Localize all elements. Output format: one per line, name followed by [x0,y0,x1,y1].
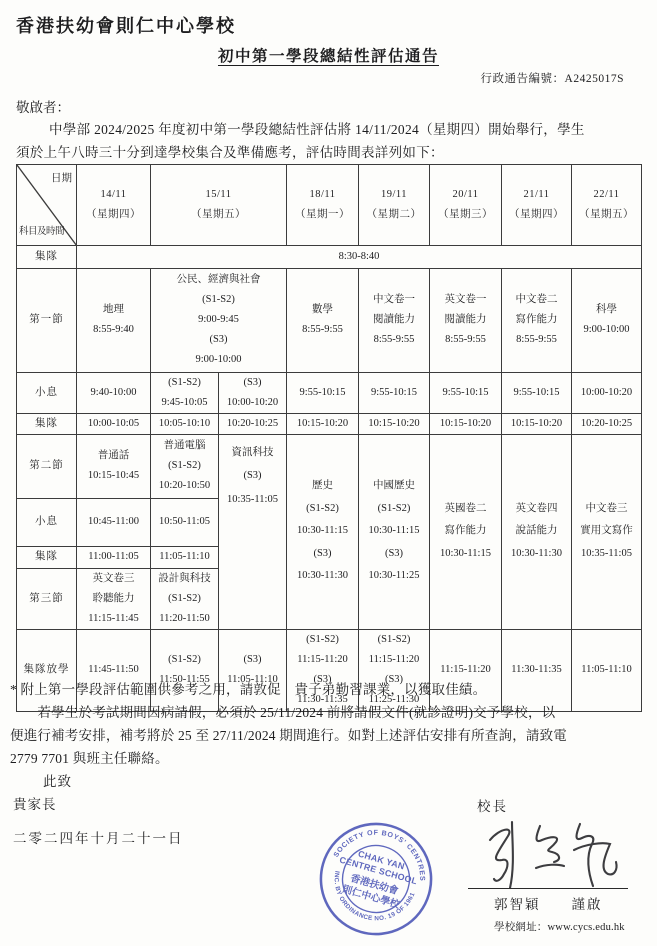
schedule-cell: 10:20-10:25 [572,413,642,434]
schedule-cell: 11:00-11:05 [77,546,151,568]
exam-schedule-table: 日期 科目及時間 14/11 （星期四） 15/11 （星期五） 18/11 （… [16,164,642,712]
schedule-cell: 英文卷四 說話能力 10:30-11:30 [502,434,572,629]
schedule-cell: 歷史 (S1-S2) 10:30-11:15 (S3) 10:30-11:30 [287,434,359,629]
corner-cell: 日期 科目及時間 [17,165,77,246]
schedule-cell: 英文卷一 閱讀能力 8:55-9:55 [430,268,502,372]
notice-document: 香港扶幼會則仁中心學校 初中第一學段總結性評估通告 行政通告編號：A242501… [0,0,657,946]
recipient: 貴家長 [13,793,57,813]
schedule-cell: 10:15-10:20 [359,413,430,434]
row-label: 集隊 [17,413,77,434]
note-line-3: 便進行補考安排，補考將於 25 至 27/11/2024 期間進行。如對上述評估… [10,724,650,747]
schedule-cell: 中文卷一 閱讀能力 8:55-9:55 [359,268,430,372]
schedule-cell: (S3) 10:00-10:20 [219,372,287,413]
notice-title: 初中第一學段總結性評估通告 [218,48,439,65]
body-line-2: 須於上午八時三十分到達學校集合及準備應考，評估時間表詳列如下： [16,141,444,161]
assembly-row-2: 集隊 10:00-10:05 10:05-10:10 10:20-10:25 1… [17,413,642,434]
school-stamp-icon: SOCIETY OF BOYS' CENTRES INC. BY ORDINAN… [317,820,435,938]
valediction: 此致 [43,770,72,790]
issue-date: 二零二四年十月二十一日 [13,827,184,847]
period-2-row: 第二節 普通話 10:15-10:45 普通電腦 (S1-S2) 10:20-1… [17,434,642,498]
date-header-19-11: 19/11 （星期二） [359,165,430,246]
row-label: 集隊 [17,546,77,568]
date-header-20-11: 20/11 （星期三） [430,165,502,246]
schedule-cell: 中文卷二 寫作能力 8:55-9:55 [502,268,572,372]
signature-line [468,888,628,889]
period-1-row: 第一節 地理 8:55-9:40 公民、經濟與社會 (S1-S2) 9:00-9… [17,268,642,372]
principal-signature-icon [462,810,637,890]
note-line-1: * 附上第一學段評估範圍供參考之用，請敦促 貴子弟勤習課業，以獲取佳績。 [10,678,650,701]
schedule-cell: 普通話 10:15-10:45 [77,434,151,498]
date-header-21-11: 21/11 （星期四） [502,165,572,246]
date-header-15-11: 15/11 （星期五） [151,165,287,246]
schedule-cell: 中文卷三 實用文寫作 10:35-11:05 [572,434,642,629]
note-line-4: 2779 7701 與班主任聯絡。 [10,747,650,770]
row-label: 小息 [17,372,77,413]
schedule-cell: 普通電腦 (S1-S2) 10:20-10:50 [151,434,219,498]
corner-label-date: 日期 [51,169,72,189]
date-header-14-11: 14/11 （星期四） [77,165,151,246]
schedule-cell: 中國歷史 (S1-S2) 10:30-11:15 (S3) 10:30-11:2… [359,434,430,629]
schedule-cell: 9:40-10:00 [77,372,151,413]
schedule-cell: 10:50-11:05 [151,498,219,546]
corner-label-subject: 科目及時間 [19,223,64,241]
table-header-row: 日期 科目及時間 14/11 （星期四） 15/11 （星期五） 18/11 （… [17,165,642,246]
schedule-cell: 8:30-8:40 [77,245,642,268]
schedule-cell: 10:20-10:25 [219,413,287,434]
date-header-22-11: 22/11 （星期五） [572,165,642,246]
schedule-cell: 科學 9:00-10:00 [572,268,642,372]
schedule-cell: 9:55-10:15 [502,372,572,413]
school-website: 學校網址：www.cycs.edu.hk [494,919,625,934]
notes: * 附上第一學段評估範圍供參考之用，請敦促 貴子弟勤習課業，以獲取佳績。 若學生… [10,678,650,770]
schedule-cell: 9:55-10:15 [287,372,359,413]
admin-notice-number: 行政通告編號：A2425017S [481,70,624,86]
principal-name: 郭智穎 謹啟 [494,893,603,913]
schedule-cell: 10:05-10:10 [151,413,219,434]
row-label: 小息 [17,498,77,546]
schedule-cell: 9:55-10:15 [359,372,430,413]
row-label: 第三節 [17,568,77,629]
date-header-18-11: 18/11 （星期一） [287,165,359,246]
body-line-1: 中學部 2024/2025 年度初中第一學段總結性評估將 14/11/2024（… [16,118,585,138]
schedule-cell: 地理 8:55-9:40 [77,268,151,372]
schedule-cell: 10:45-11:00 [77,498,151,546]
schedule-cell: 10:15-10:20 [502,413,572,434]
schedule-cell: 英國卷二 寫作能力 10:30-11:15 [430,434,502,629]
note-line-2: 若學生於考試期間因病請假，必須於 25/11/2024 前將請假文件(就診證明)… [10,701,650,724]
notice-title-wrap: 初中第一學段總結性評估通告 [0,44,657,66]
schedule-cell: 9:55-10:15 [430,372,502,413]
row-label: 集隊 [17,245,77,268]
row-label: 第二節 [17,434,77,498]
schedule-cell: 資訊科技 (S3) 10:35-11:05 [219,434,287,629]
salutation: 敬啟者： [16,96,70,116]
recess-row-1: 小息 9:40-10:00 (S1-S2) 9:45-10:05 (S3) 10… [17,372,642,413]
schedule-cell: 數學 8:55-9:55 [287,268,359,372]
schedule-cell: 公民、經濟與社會 (S1-S2) 9:00-9:45 (S3) 9:00-10:… [151,268,287,372]
schedule-cell: 10:00-10:20 [572,372,642,413]
schedule-cell: 11:05-11:10 [151,546,219,568]
school-name: 香港扶幼會則仁中心學校 [16,12,236,38]
row-label: 第一節 [17,268,77,372]
schedule-cell: 10:15-10:20 [287,413,359,434]
schedule-cell: (S1-S2) 9:45-10:05 [151,372,219,413]
schedule-cell: 10:15-10:20 [430,413,502,434]
schedule-cell: 設計與科技 (S1-S2) 11:20-11:50 [151,568,219,629]
schedule-cell: 10:00-10:05 [77,413,151,434]
assembly-row-1: 集隊 8:30-8:40 [17,245,642,268]
schedule-cell: 英文卷三 聆聽能力 11:15-11:45 [77,568,151,629]
